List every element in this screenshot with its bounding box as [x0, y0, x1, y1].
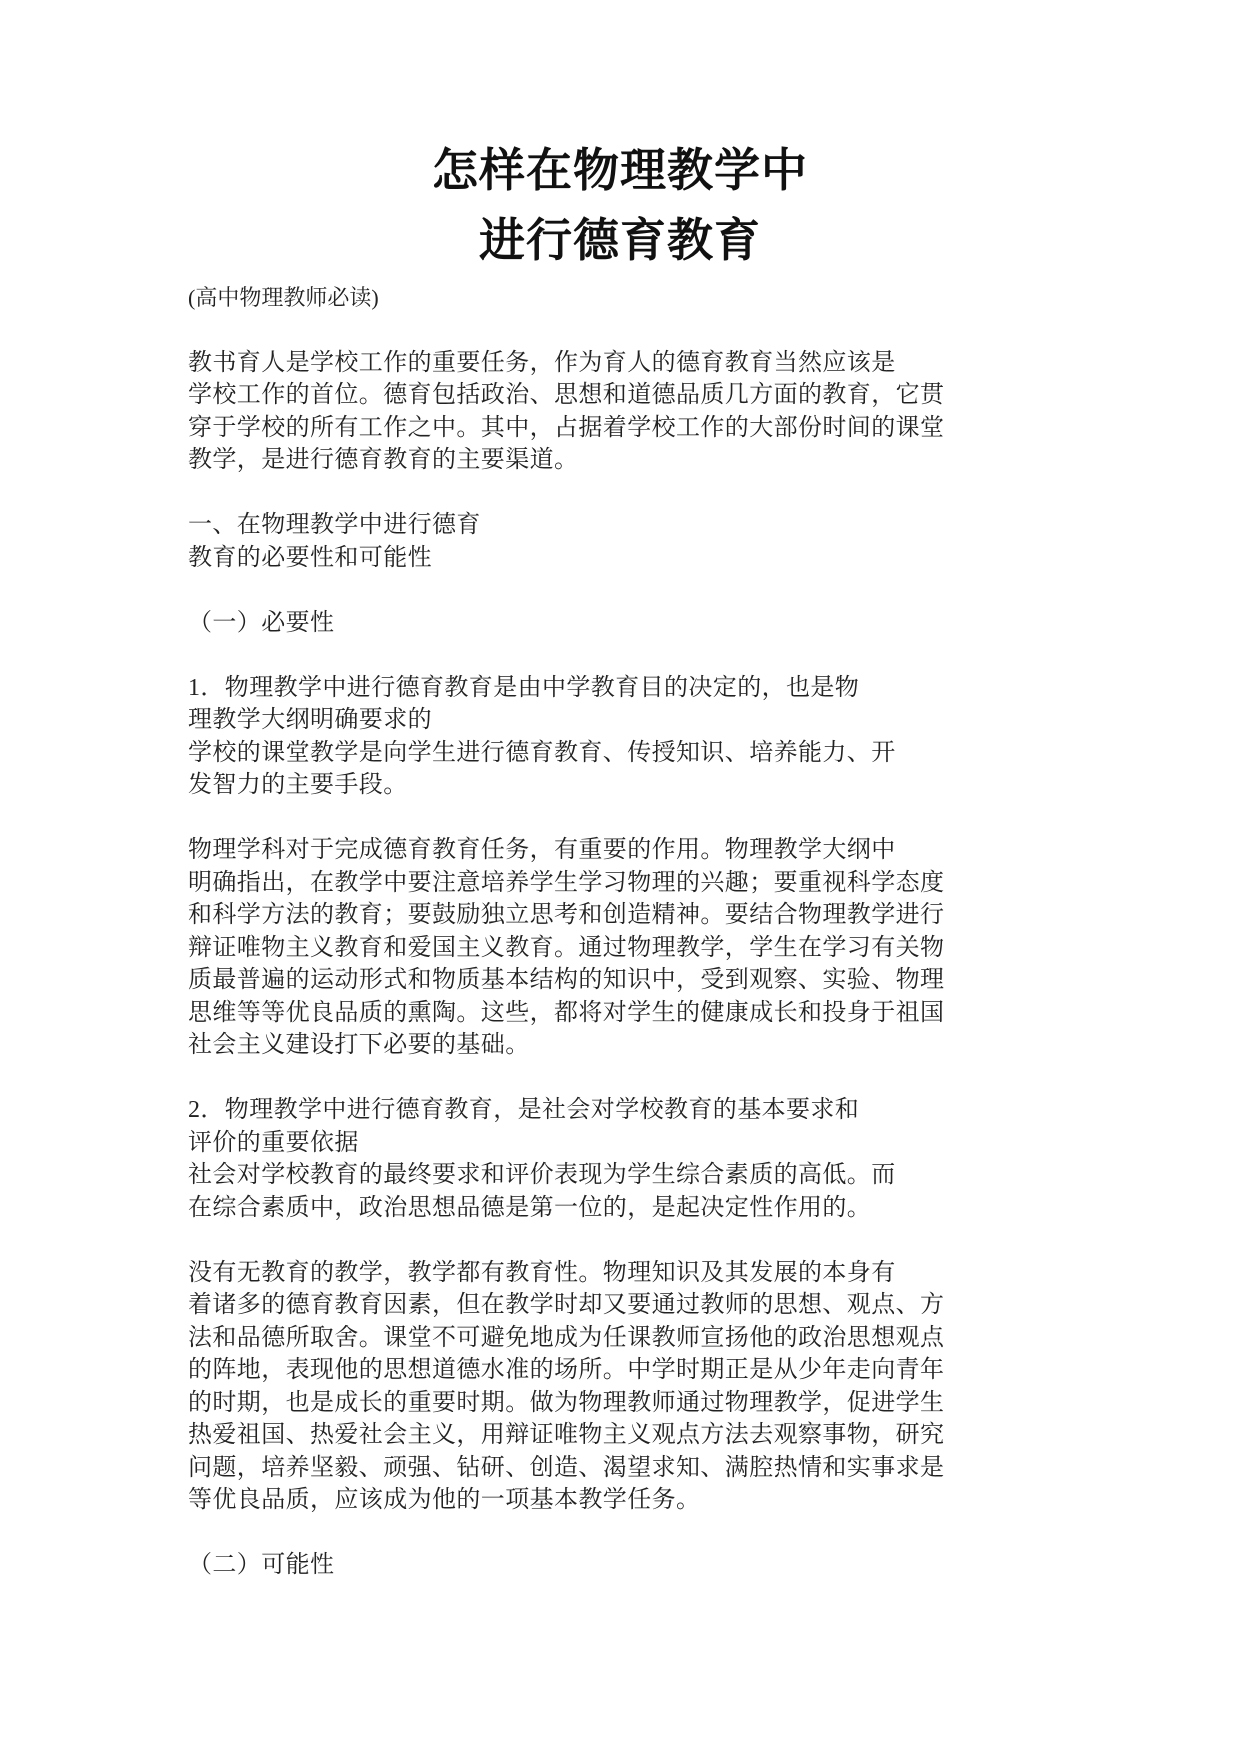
- body-paragraph: 没有无教育的教学，教学都有教育性。物理知识及其发展的本身有 着诸多的德育教育因素…: [188, 1257, 1052, 1517]
- body-paragraph: 教书育人是学校工作的重要任务，作为育人的德育教育当然应该是 学校工作的首位。德育…: [188, 347, 1052, 477]
- document-content: 怎样在物理教学中 进行德育教育 (高中物理教师必读) 教书育人是学校工作的重要任…: [188, 0, 1052, 1614]
- body-paragraph: （二）可能性: [188, 1549, 1052, 1582]
- document-page: 怎样在物理教学中 进行德育教育 (高中物理教师必读) 教书育人是学校工作的重要任…: [0, 0, 1241, 1754]
- body-paragraph: 物理学科对于完成德育教育任务，有重要的作用。物理教学大纲中 明确指出，在教学中要…: [188, 834, 1052, 1062]
- body-paragraph: 一、在物理教学中进行德育 教育的必要性和可能性: [188, 509, 1052, 574]
- body-paragraph: 2．物理教学中进行德育教育，是社会对学校教育的基本要求和 评价的重要依据 社会对…: [188, 1094, 1052, 1224]
- body-paragraph: 1．物理教学中进行德育教育是由中学教育目的决定的，也是物 理教学大纲明确要求的 …: [188, 672, 1052, 802]
- document-subtitle: (高中物理教师必读): [188, 282, 1052, 314]
- document-body: 教书育人是学校工作的重要任务，作为育人的德育教育当然应该是 学校工作的首位。德育…: [188, 347, 1052, 1582]
- document-title: 怎样在物理教学中 进行德育教育: [188, 136, 1052, 276]
- body-paragraph: （一）必要性: [188, 607, 1052, 640]
